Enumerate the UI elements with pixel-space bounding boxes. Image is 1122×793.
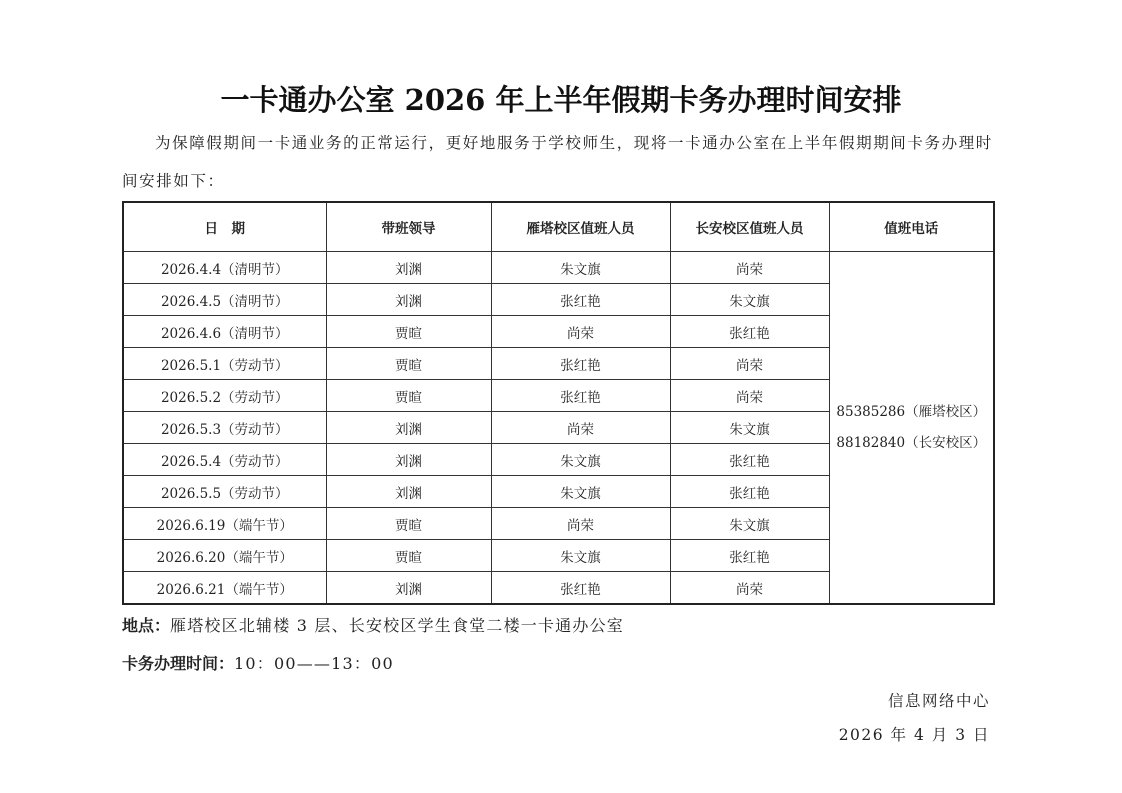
cell-leader: 刘渊 [326, 476, 491, 508]
cell-date: 2026.6.21（端午节） [123, 572, 326, 605]
cell-date: 2026.6.19（端午节） [123, 508, 326, 540]
location-line: 地点：雁塔校区北辅楼 3 层、长安校区学生食堂二楼一卡通办公室 [122, 613, 624, 636]
cell-yanta: 张红艳 [491, 284, 670, 316]
cell-leader: 刘渊 [326, 284, 491, 316]
cell-yanta: 尚荣 [491, 412, 670, 444]
cell-changan: 尚荣 [670, 348, 829, 380]
table-header-row: 日 期 带班领导 雁塔校区值班人员 长安校区值班人员 值班电话 [123, 202, 994, 252]
cell-changan: 张红艳 [670, 444, 829, 476]
cell-yanta: 张红艳 [491, 348, 670, 380]
issue-date: 2026 年 4 月 3 日 [839, 723, 990, 745]
table-row: 2026.4.4（清明节） 刘渊 朱文旗 尚荣 85385286（雁塔校区） 8… [123, 252, 994, 284]
document-title: 一卡通办公室 2026 年上半年假期卡务办理时间安排 [0, 78, 1122, 119]
phone-changan: 88182840（长安校区） [830, 428, 994, 459]
intro-paragraph: 为保障假期间一卡通业务的正常运行，更好地服务于学校师生，现将一卡通办公室在上半年… [122, 124, 994, 200]
cell-yanta: 朱文旗 [491, 252, 670, 284]
header-yanta-staff: 雁塔校区值班人员 [491, 202, 670, 252]
phone-yanta: 85385286（雁塔校区） [830, 397, 994, 428]
header-phone: 值班电话 [829, 202, 994, 252]
cell-yanta: 尚荣 [491, 508, 670, 540]
cell-changan: 尚荣 [670, 572, 829, 605]
cell-changan: 张红艳 [670, 476, 829, 508]
cell-yanta: 朱文旗 [491, 444, 670, 476]
cell-date: 2026.5.2（劳动节） [123, 380, 326, 412]
cell-yanta: 朱文旗 [491, 476, 670, 508]
cell-phone: 85385286（雁塔校区） 88182840（长安校区） [829, 252, 994, 605]
cell-leader: 贾暄 [326, 348, 491, 380]
cell-date: 2026.5.4（劳动节） [123, 444, 326, 476]
cell-yanta: 朱文旗 [491, 540, 670, 572]
cell-leader: 贾暄 [326, 508, 491, 540]
cell-leader: 刘渊 [326, 444, 491, 476]
cell-leader: 刘渊 [326, 572, 491, 605]
cell-leader: 贾暄 [326, 540, 491, 572]
cell-changan: 张红艳 [670, 316, 829, 348]
cell-date: 2026.4.5（清明节） [123, 284, 326, 316]
location-label: 地点： [122, 616, 170, 635]
cell-yanta: 张红艳 [491, 572, 670, 605]
cell-date: 2026.5.1（劳动节） [123, 348, 326, 380]
cell-changan: 尚荣 [670, 252, 829, 284]
cell-changan: 尚荣 [670, 380, 829, 412]
issuing-organization: 信息网络中心 [888, 689, 990, 711]
cell-leader: 刘渊 [326, 252, 491, 284]
cell-date: 2026.6.20（端午节） [123, 540, 326, 572]
cell-changan: 朱文旗 [670, 412, 829, 444]
hours-value: 10：00——13：00 [234, 654, 394, 673]
cell-changan: 朱文旗 [670, 284, 829, 316]
header-date: 日 期 [123, 202, 326, 252]
cell-date: 2026.5.5（劳动节） [123, 476, 326, 508]
header-changan-staff: 长安校区值班人员 [670, 202, 829, 252]
cell-changan: 张红艳 [670, 540, 829, 572]
cell-date: 2026.4.6（清明节） [123, 316, 326, 348]
cell-leader: 刘渊 [326, 412, 491, 444]
hours-line: 卡务办理时间：10：00——13：00 [122, 651, 394, 674]
header-leader: 带班领导 [326, 202, 491, 252]
cell-changan: 朱文旗 [670, 508, 829, 540]
schedule-table: 日 期 带班领导 雁塔校区值班人员 长安校区值班人员 值班电话 2026.4.4… [122, 201, 995, 605]
cell-leader: 贾暄 [326, 316, 491, 348]
cell-leader: 贾暄 [326, 380, 491, 412]
cell-yanta: 尚荣 [491, 316, 670, 348]
location-value: 雁塔校区北辅楼 3 层、长安校区学生食堂二楼一卡通办公室 [170, 616, 624, 635]
hours-label: 卡务办理时间： [122, 654, 234, 673]
cell-date: 2026.5.3（劳动节） [123, 412, 326, 444]
cell-yanta: 张红艳 [491, 380, 670, 412]
cell-date: 2026.4.4（清明节） [123, 252, 326, 284]
